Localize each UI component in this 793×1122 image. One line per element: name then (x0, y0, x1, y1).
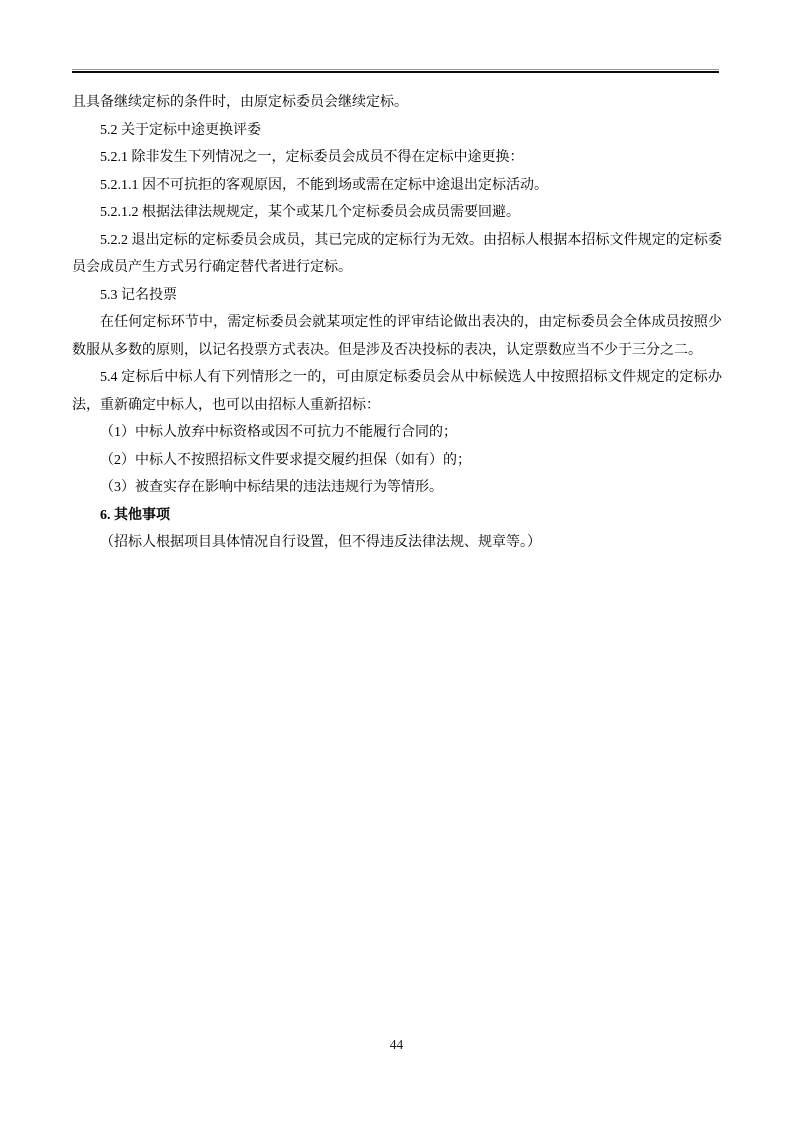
paragraph-list-item-3: （3）被查实存在影响中标结果的违法违规行为等情形。 (72, 474, 722, 502)
document-page: 且具备继续定标的条件时，由原定标委员会继续定标。 5.2 关于定标中途更换评委 … (0, 0, 793, 1122)
paragraph-5-3-body: 在任何定标环节中，需定标委员会就某项定性的评审结论做出表决的，由定标委员会全体成… (72, 309, 722, 364)
paragraph-5-2-1-2: 5.2.1.2 根据法律法规规定，某个或某几个定标委员会成员需要回避。 (72, 199, 722, 227)
paragraph-5-2-2: 5.2.2 退出定标的定标委员会成员，其已完成的定标行为无效。由招标人根据本招标… (72, 227, 722, 282)
header-rule-thin-line (72, 69, 719, 70)
header-rule (72, 69, 719, 73)
paragraph-5-2: 5.2 关于定标中途更换评委 (72, 117, 722, 145)
paragraph-5-2-1-1: 5.2.1.1 因不可抗拒的客观原因，不能到场或需在定标中途退出定标活动。 (72, 172, 722, 200)
paragraph-continuation: 且具备继续定标的条件时，由原定标委员会继续定标。 (72, 89, 722, 117)
page-number: 44 (0, 1036, 793, 1054)
section-heading-6: 6. 其他事项 (72, 502, 722, 530)
paragraph-list-item-2: （2）中标人不按照招标文件要求提交履约担保（如有）的； (72, 447, 722, 475)
header-rule-thick-line (72, 71, 719, 73)
paragraph-list-item-1: （1）中标人放弃中标资格或因不可抗力不能履行合同的； (72, 419, 722, 447)
paragraph-6-note: （招标人根据项目具体情况自行设置，但不得违反法律法规、规章等。） (72, 529, 722, 557)
paragraph-5-3: 5.3 记名投票 (72, 282, 722, 310)
paragraph-5-2-1: 5.2.1 除非发生下列情况之一，定标委员会成员不得在定标中途更换： (72, 144, 722, 172)
document-body: 且具备继续定标的条件时，由原定标委员会继续定标。 5.2 关于定标中途更换评委 … (72, 89, 722, 557)
paragraph-5-4: 5.4 定标后中标人有下列情形之一的，可由原定标委员会从中标候选人中按照招标文件… (72, 364, 722, 419)
